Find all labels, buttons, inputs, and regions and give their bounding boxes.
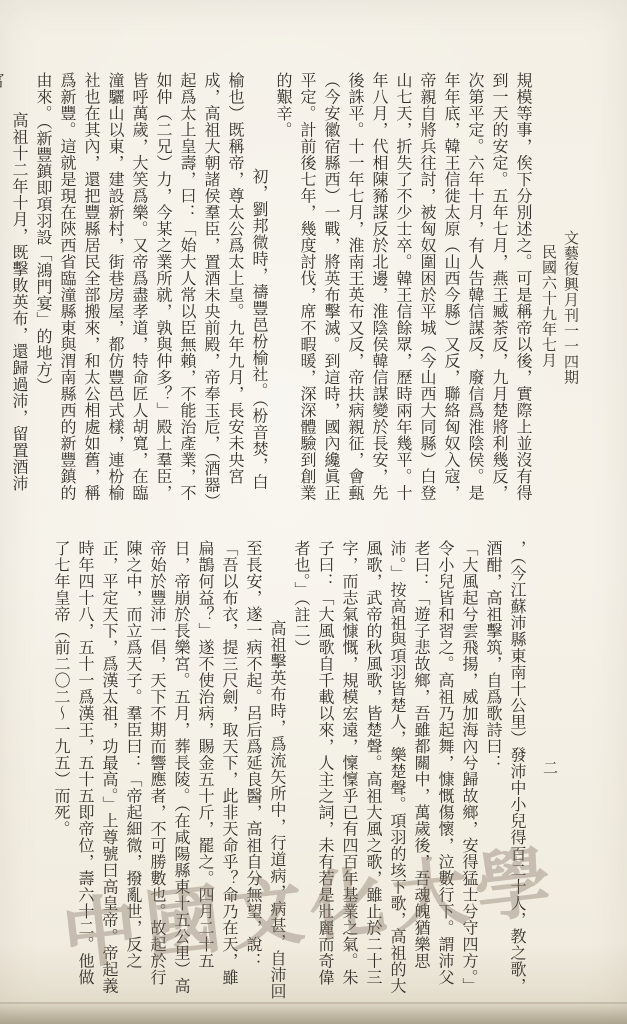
journal-running-head: 文藝復興月刊一一四期 民國六十九年七月 [537,230,581,520]
bottom-edge-shadow [0,1004,627,1024]
paragraph-dafeng-song: 「大風起兮雲飛揚，威加海內兮歸故鄉，安得猛士兮守四方。」 [456,540,480,1000]
paragraph-rebellions: 規模等事，俟下分別述之。可是稱帝以後，實際上並沒有得到一天的安定。五年七月，燕王… [270,72,534,504]
bottom-text-block: ，（今江蘇沛縣東南十公里）發沛中小兒得百二十人，教之歌，酒酣，高祖擊筑，自爲歌詩… [18,540,528,1000]
paragraph-death-of-gaozu: 高祖擊英布時，爲流矢所中，行道病，病甚，自沛回至長安，遂一病不起。呂后爲延良醫，… [48,540,288,1000]
paragraph-song-commentary: 令小兒皆和習之。高祖乃起舞，慷慨傷懷，泣數行下。謂沛父老曰：「遊子悲故鄉，吾雖都… [288,540,456,1000]
top-text-block: 規模等事，俟下分別述之。可是稱帝以後，實際上並沒有得到一天的安定。五年七月，燕王… [20,72,534,504]
journal-date: 民國六十九年七月 [537,244,559,520]
paragraph-pei-banquet: ，（今江蘇沛縣東南十公里）發沛中小兒得百二十人，教之歌，酒酣，高祖擊筑，自爲歌詩… [480,540,528,1000]
paragraph-return-to-pei: 高祖十二年十月，既擊敗英布，還歸過沛，留置酒沛宮 [0,72,30,504]
paragraph-xinfeng: 初，劉邦微時，禱豐邑枌榆社。（枌音焚，白榆也）既稱帝，尊太公爲太上皇。九年九月，… [30,72,270,504]
journal-title: 文藝復興月刊一一四期 [562,230,578,385]
document-page: 文藝復興月刊一一四期 民國六十九年七月 二 規模等事，俟下分別述之。可是稱帝以後… [0,0,627,1024]
page-number: 二 [539,760,560,775]
